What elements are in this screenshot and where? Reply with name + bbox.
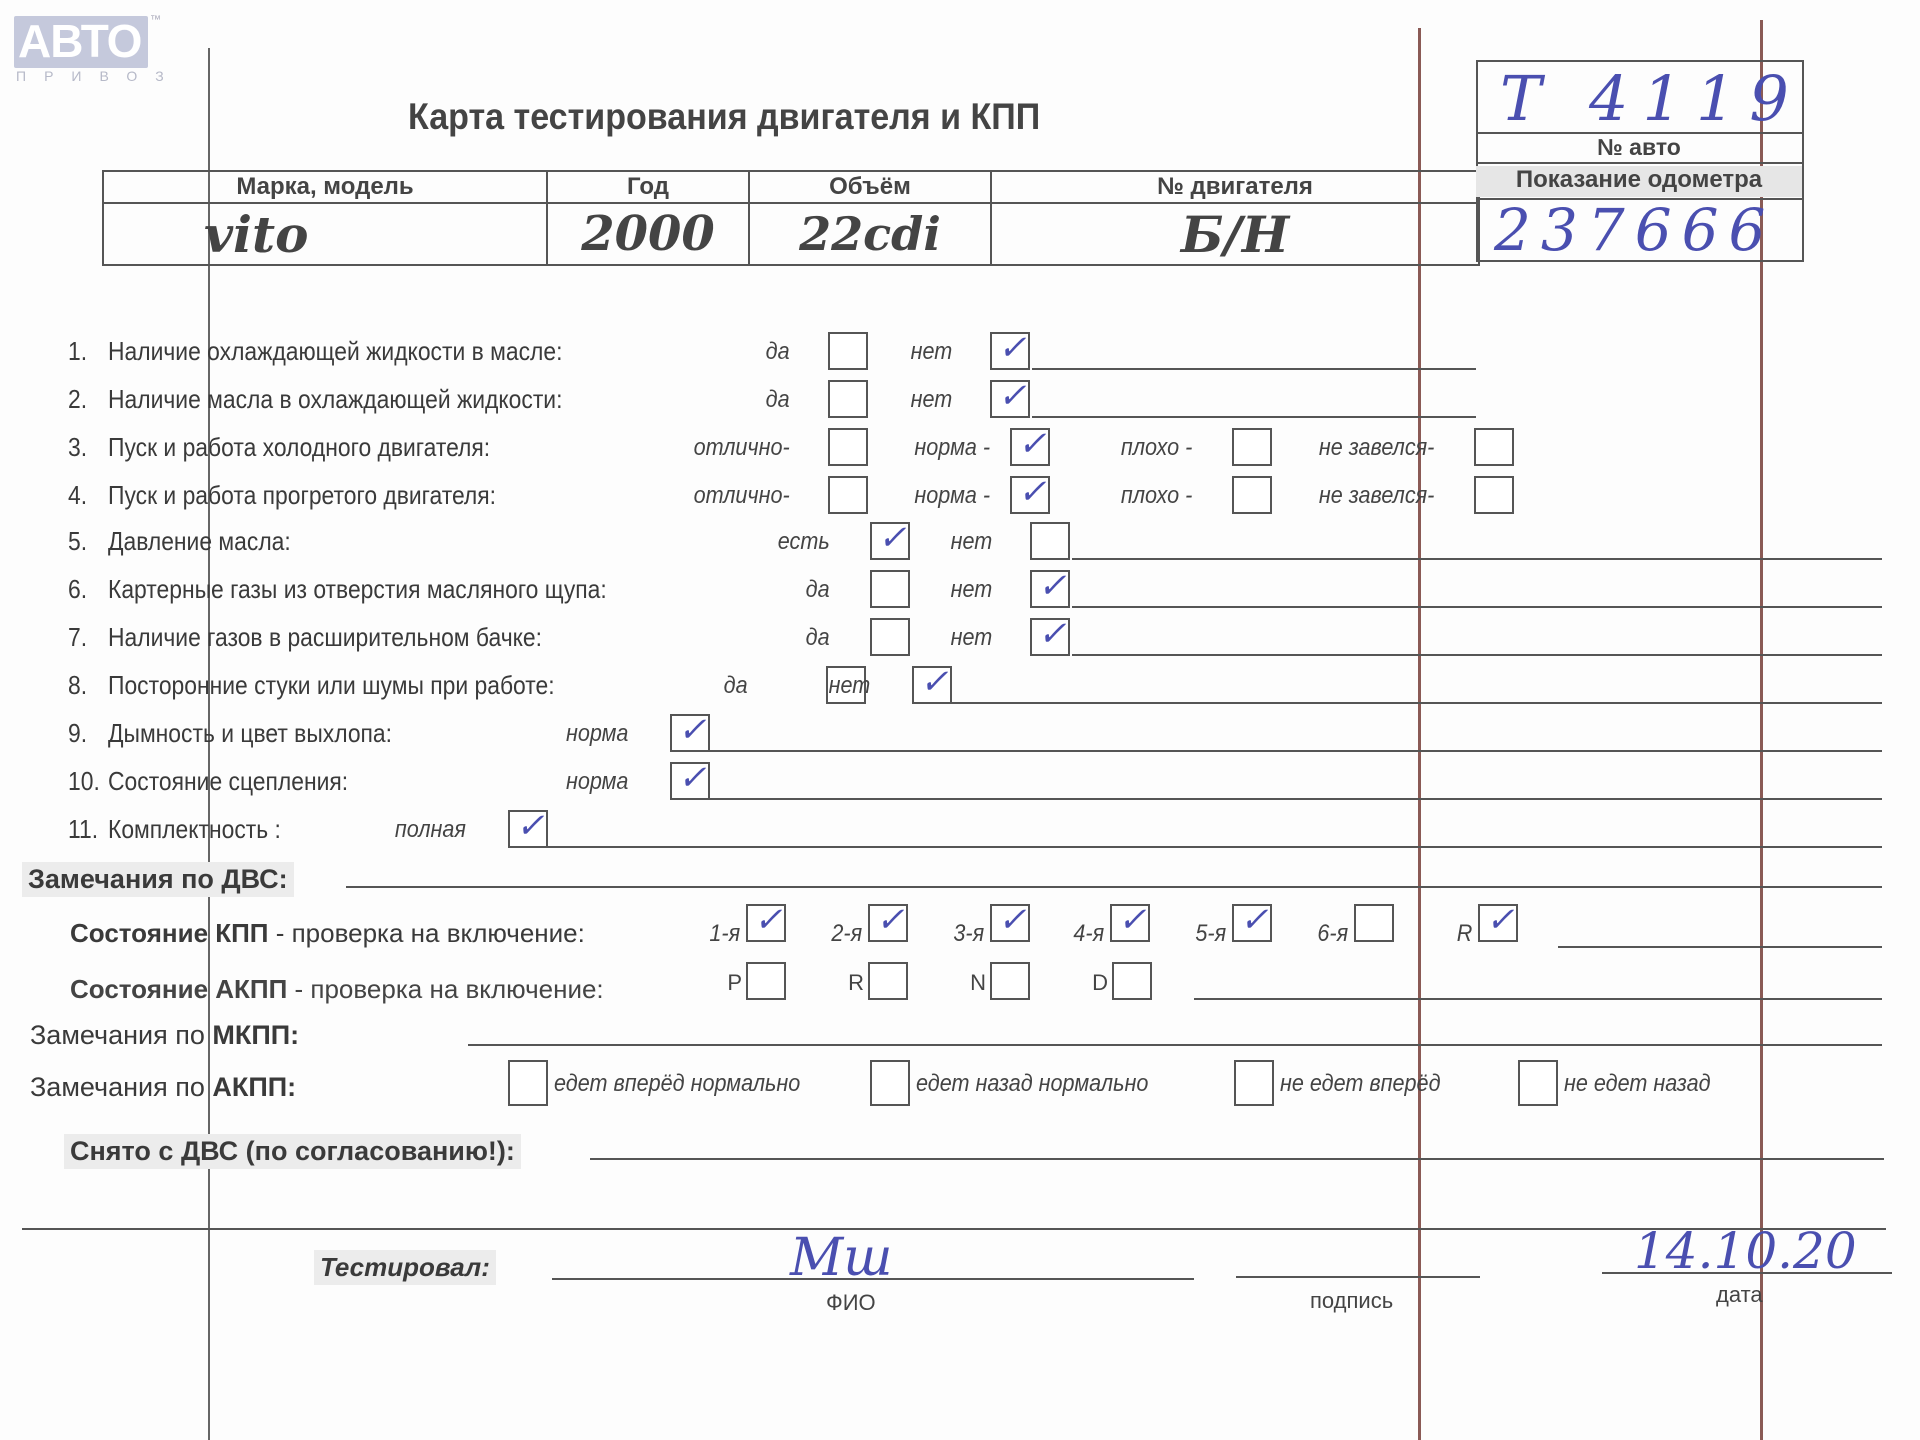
checkbox-7-0[interactable] (870, 618, 910, 656)
checkmark-icon: ✓ (920, 662, 949, 702)
akpp-option-checkbox-0[interactable] (508, 1060, 548, 1106)
auto-gearbox-label: Состояние АКПП - проверка на включение: (70, 974, 604, 1005)
akpp-remarks-label-b: АКПП: (212, 1072, 296, 1102)
odometer-label: Показание одометра (1476, 166, 1802, 197)
mkpp-remarks-label: Замечания по МКПП: (30, 1020, 299, 1051)
option-label: нет (828, 672, 870, 700)
akpp-option-label: не едет вперёд (1280, 1070, 1441, 1098)
engine-remarks-field[interactable] (346, 886, 1882, 888)
notes-field-11[interactable] (548, 846, 1882, 848)
logo-subtitle: ПРИВОЗ (16, 68, 182, 84)
checkbox-4-1[interactable]: ✓ (1010, 476, 1050, 514)
col-make-model: Марка, модель (103, 171, 547, 203)
akpp-remarks-label-a: Замечания по (30, 1072, 212, 1102)
gear-label: 4-я (1073, 920, 1104, 948)
question-number: 1. (68, 336, 87, 367)
notes-field-2[interactable] (1032, 416, 1476, 418)
option-label: отлично- (694, 482, 790, 510)
akpp-option-checkbox-2[interactable] (1234, 1060, 1274, 1106)
option-label: да (766, 338, 790, 366)
checkbox-8-1[interactable]: ✓ (912, 666, 952, 704)
checkmark-icon: ✓ (998, 376, 1027, 416)
checkmark-icon: ✓ (1018, 424, 1047, 464)
option-label: нет (910, 386, 952, 414)
logo-tm: ™ (150, 14, 161, 26)
mode-label: R (848, 970, 864, 996)
mkpp-remarks-label-b: МКПП: (212, 1020, 299, 1050)
option-label: отлично- (694, 434, 790, 462)
checkmark-icon: ✓ (1240, 900, 1269, 940)
gear-checkbox-6[interactable]: ✓ (1478, 904, 1518, 942)
make-model-value[interactable]: vito (103, 203, 547, 265)
tester-name-caption: ФИО (826, 1290, 876, 1316)
mkpp-remarks-label-a: Замечания по (30, 1020, 212, 1050)
option-label: нет (950, 624, 992, 652)
checkbox-5-1[interactable] (1030, 522, 1070, 560)
question-text: Картерные газы из отверстия масляного щу… (108, 574, 607, 605)
option-label: плохо - (1121, 482, 1192, 510)
option-label: да (806, 576, 830, 604)
checkbox-7-1[interactable]: ✓ (1030, 618, 1070, 656)
checkmark-icon: ✓ (1038, 614, 1067, 654)
question-text: Наличие масла в охлаждающей жидкости: (108, 384, 562, 415)
option-label: норма - (914, 434, 990, 462)
akpp-option-checkbox-1[interactable] (870, 1060, 910, 1106)
gear-checkbox-2[interactable]: ✓ (990, 904, 1030, 942)
checkmark-icon: ✓ (1118, 900, 1147, 940)
auto-gearbox-label-bold: Состояние АКПП (70, 974, 287, 1004)
checkmark-icon: ✓ (878, 518, 907, 558)
checkbox-9-0[interactable]: ✓ (670, 714, 710, 752)
manual-gearbox-label-bold: Состояние КПП (70, 918, 269, 948)
notes-field-6[interactable] (1072, 606, 1882, 608)
gear-label: 3-я (953, 920, 984, 948)
checkmark-icon: ✓ (754, 900, 783, 940)
signature-field[interactable] (1236, 1276, 1480, 1278)
footer-separator (22, 1228, 1886, 1230)
mode-checkbox-3[interactable] (1112, 962, 1152, 1000)
akpp-option-checkbox-3[interactable] (1518, 1060, 1558, 1106)
checkbox-4-2[interactable] (1232, 476, 1272, 514)
checkmark-icon: ✓ (1038, 566, 1067, 606)
checkmark-icon: ✓ (998, 328, 1027, 368)
question-text: Дымность и цвет выхлопа: (108, 718, 392, 749)
question-number: 5. (68, 526, 87, 557)
notes-field-1[interactable] (1032, 368, 1476, 370)
date-caption: дата (1716, 1282, 1763, 1308)
question-number: 9. (68, 718, 87, 749)
akpp-option-label: не едет назад (1564, 1070, 1711, 1098)
question-text: Пуск и работа прогретого двигателя: (108, 480, 496, 511)
gear-checkbox-5[interactable] (1354, 904, 1394, 942)
col-engine-number: № двигателя (991, 171, 1479, 203)
divider (1476, 162, 1802, 164)
checkbox-11-0[interactable]: ✓ (508, 810, 548, 848)
col-year: Год (547, 171, 749, 203)
notes-field-5[interactable] (1072, 558, 1882, 560)
vehicle-info-table: Марка, модель Год Объём № двигателя vito… (102, 170, 1480, 266)
gear-checkbox-1[interactable]: ✓ (868, 904, 908, 942)
engine-number-value[interactable]: Б/Н (991, 203, 1479, 265)
mode-label: D (1092, 970, 1108, 996)
volume-value[interactable]: 22cdi (749, 203, 991, 265)
question-number: 8. (68, 670, 87, 701)
checkbox-3-1[interactable]: ✓ (1010, 428, 1050, 466)
date-field[interactable] (1602, 1272, 1892, 1274)
tester-name-field[interactable] (552, 1278, 1194, 1280)
checkbox-4-0[interactable] (828, 476, 868, 514)
question-text: Наличие охлаждающей жидкости в масле: (108, 336, 562, 367)
gear-checkbox-4[interactable]: ✓ (1232, 904, 1272, 942)
checkmark-icon: ✓ (516, 806, 545, 846)
question-number: 4. (68, 480, 87, 511)
checkbox-4-3[interactable] (1474, 476, 1514, 514)
question-text: Давление масла: (108, 526, 291, 557)
question-number: 6. (68, 574, 87, 605)
option-label: норма (566, 768, 628, 796)
option-label: да (724, 672, 748, 700)
checkbox-1-1[interactable]: ✓ (990, 332, 1030, 370)
notes-field-8[interactable] (952, 702, 1882, 704)
option-label: нет (950, 576, 992, 604)
checkmark-icon: ✓ (1018, 472, 1047, 512)
checkmark-icon: ✓ (876, 900, 905, 940)
checkbox-1-0[interactable] (828, 332, 868, 370)
checkbox-6-1[interactable]: ✓ (1030, 570, 1070, 608)
logo-text: АВТО (18, 14, 141, 68)
engine-remarks-label: Замечания по ДВС: (22, 862, 294, 897)
question-text: Наличие газов в расширительном бачке: (108, 622, 542, 653)
page-title: Карта тестирования двигателя и КПП (408, 96, 1040, 138)
mode-label: P (727, 970, 742, 996)
removed-parts-field[interactable] (590, 1158, 1884, 1160)
tested-by-label: Тестировал: (314, 1250, 496, 1285)
gear-label: 2-я (831, 920, 862, 948)
notes-field-10[interactable] (710, 798, 1882, 800)
checkbox-3-3[interactable] (1474, 428, 1514, 466)
akpp-remarks-label: Замечания по АКПП: (30, 1072, 296, 1103)
gear-label: R (1456, 920, 1472, 948)
akpp-option-label: едет вперёд нормально (554, 1070, 800, 1098)
auto-number-label: № авто (1476, 134, 1802, 161)
mode-checkbox-1[interactable] (868, 962, 908, 1000)
option-label: нет (910, 338, 952, 366)
option-label: норма (566, 720, 628, 748)
checkbox-2-1[interactable]: ✓ (990, 380, 1030, 418)
notes-field-9[interactable] (710, 750, 1882, 752)
option-label: плохо - (1121, 434, 1192, 462)
checkbox-3-2[interactable] (1232, 428, 1272, 466)
notes-field-7[interactable] (1072, 654, 1882, 656)
checkmark-icon: ✓ (998, 900, 1027, 940)
option-label: полная (395, 816, 466, 844)
question-number: 11. (68, 814, 98, 845)
mode-checkbox-2[interactable] (990, 962, 1030, 1000)
checkmark-icon: ✓ (1486, 900, 1515, 940)
manual-gearbox-notes-field[interactable] (1558, 946, 1882, 948)
question-text: Состояние сцепления: (108, 766, 348, 797)
auto-gearbox-label-rest: - проверка на включение: (287, 974, 603, 1004)
option-label: да (766, 386, 790, 414)
mode-checkbox-0[interactable] (746, 962, 786, 1000)
checkbox-2-0[interactable] (828, 380, 868, 418)
question-text: Пуск и работа холодного двигателя: (108, 432, 490, 463)
checkbox-10-0[interactable]: ✓ (670, 762, 710, 800)
year-value[interactable]: 2000 (547, 203, 749, 265)
mkpp-remarks-field[interactable] (468, 1044, 1882, 1046)
signature-caption: подпись (1310, 1288, 1393, 1314)
question-number: 3. (68, 432, 87, 463)
question-number: 2. (68, 384, 87, 415)
option-label: не завелся- (1318, 482, 1434, 510)
akpp-option-label: едет назад нормально (916, 1070, 1148, 1098)
option-label: есть (778, 528, 830, 556)
auto-gearbox-notes-field[interactable] (1194, 998, 1882, 1000)
gear-checkbox-3[interactable]: ✓ (1110, 904, 1150, 942)
manual-gearbox-label-rest: - проверка на включение: (269, 918, 585, 948)
removed-parts-label: Снято с ДВС (по согласованию!): (64, 1134, 521, 1169)
option-label: не завелся- (1318, 434, 1434, 462)
gear-checkbox-0[interactable]: ✓ (746, 904, 786, 942)
checkbox-3-0[interactable] (828, 428, 868, 466)
option-label: да (806, 624, 830, 652)
gear-label: 6-я (1317, 920, 1348, 948)
question-number: 7. (68, 622, 87, 653)
gear-label: 1-я (709, 920, 740, 948)
col-volume: Объём (749, 171, 991, 203)
checkbox-5-0[interactable]: ✓ (870, 522, 910, 560)
question-text: Посторонние стуки или шумы при работе: (108, 670, 555, 701)
question-text: Комплектность : (108, 814, 281, 845)
auto-number-value[interactable]: Т 4119 (1500, 62, 1803, 135)
checkmark-icon: ✓ (678, 758, 707, 798)
checkbox-6-0[interactable] (870, 570, 910, 608)
mode-label: N (970, 970, 986, 996)
question-number: 10. (68, 766, 100, 797)
option-label: норма - (914, 482, 990, 510)
gear-label: 5-я (1195, 920, 1226, 948)
manual-gearbox-label: Состояние КПП - проверка на включение: (70, 918, 585, 949)
option-label: нет (950, 528, 992, 556)
checkmark-icon: ✓ (678, 710, 707, 750)
odometer-value[interactable]: 237666 (1494, 196, 1775, 264)
